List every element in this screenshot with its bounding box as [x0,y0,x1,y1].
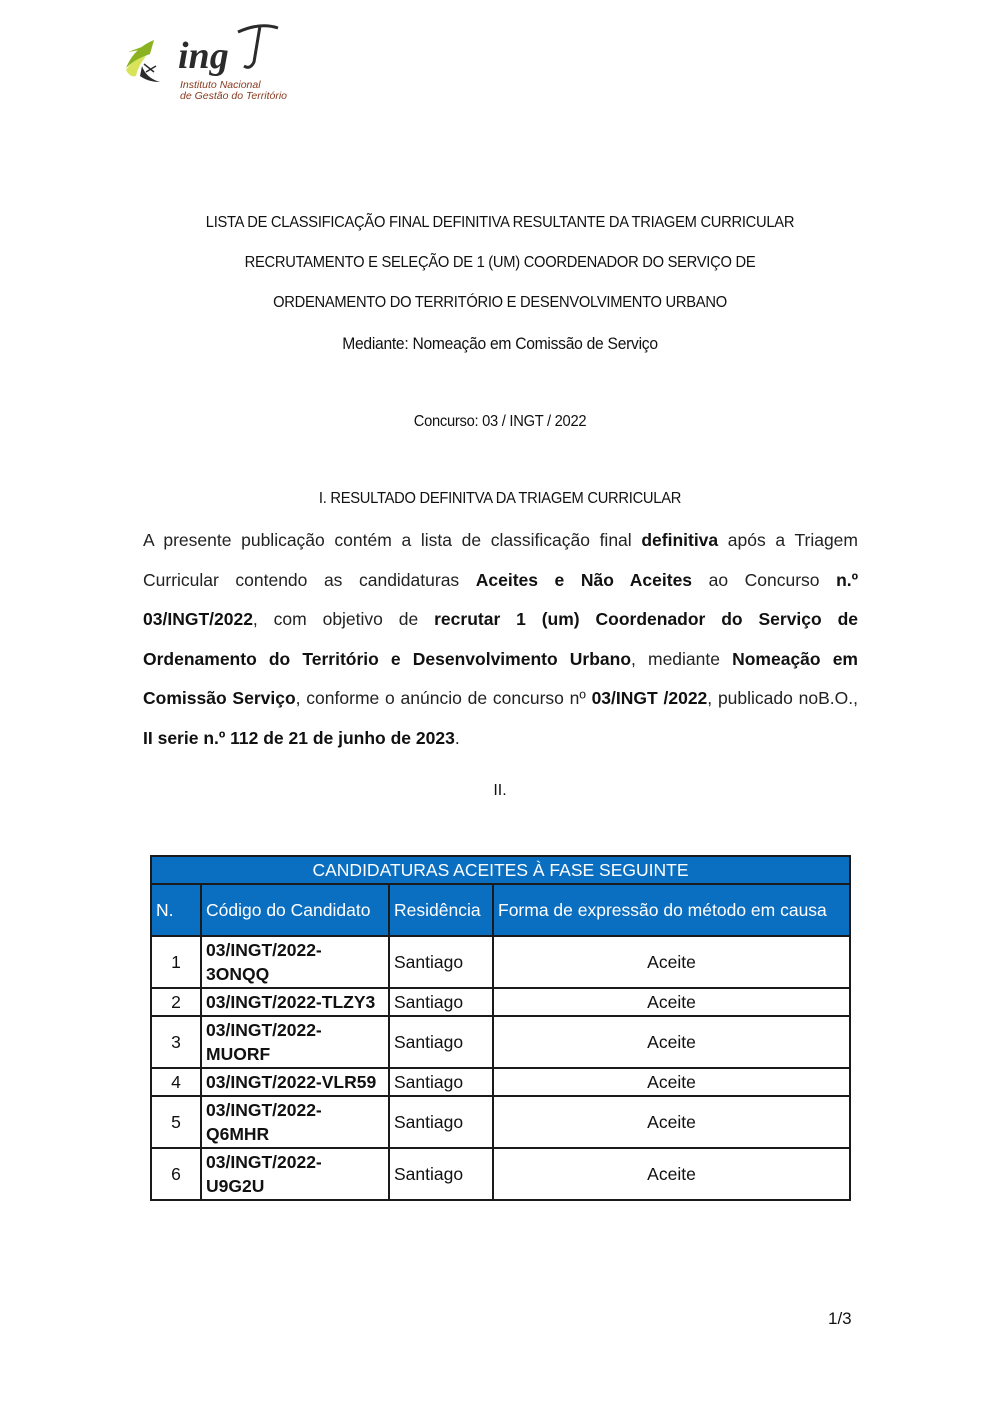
table-row: 403/INGT/2022-VLR59SantiagoAceite [151,1068,850,1096]
text: , conforme o anúncio de concurso nº [296,688,592,708]
column-header-number: N. [151,884,201,936]
row-number: 4 [151,1068,201,1096]
residence: Santiago [389,1016,493,1068]
result: Aceite [493,936,850,988]
svg-text:ing: ing [178,35,229,77]
concurso-number: Concurso: 03 / INGT / 2022 [40,413,960,431]
text: , mediante [631,649,732,669]
table-row: 103/INGT/2022-3ONQQSantiagoAceite [151,936,850,988]
text: ao Concurso [692,570,836,590]
bold-text: II serie n.º 112 de 21 de junho de 2023 [143,728,455,748]
text: , com objetivo de [253,609,434,629]
logo-text: Instituto Nacional de Gestão do Territór… [180,80,287,102]
table-row: 603/INGT/2022-U9G2USantiagoAceite [151,1148,850,1200]
row-number: 3 [151,1016,201,1068]
row-number: 2 [151,988,201,1016]
text: A presente publicação contém a lista de … [143,530,641,550]
title-line-1: LISTA DE CLASSIFICAÇÃO FINAL DEFINITIVA … [40,214,960,232]
title-line-3: ORDENAMENTO DO TERRITÓRIO E DESENVOLVIME… [40,294,960,312]
table-row: 503/INGT/2022-Q6MHRSantiagoAceite [151,1096,850,1148]
title-line-2: RECRUTAMENTO E SELEÇÃO DE 1 (UM) COORDEN… [40,254,960,272]
column-header-code: Código do Candidato [201,884,389,936]
bold-text: Aceites e Não Aceites [476,570,692,590]
row-number: 5 [151,1096,201,1148]
result: Aceite [493,1148,850,1200]
candidate-code: 03/INGT/2022-3ONQQ [201,936,389,988]
bold-text: definitiva [641,530,718,550]
residence: Santiago [389,1068,493,1096]
result: Aceite [493,988,850,1016]
row-number: 1 [151,936,201,988]
table-row: 303/INGT/2022-MUORFSantiagoAceite [151,1016,850,1068]
candidate-code: 03/INGT/2022-U9G2U [201,1148,389,1200]
accepted-candidates-table: CANDIDATURAS ACEITES À FASE SEGUINTE N. … [150,855,851,1201]
bold-text: 03/INGT /2022 [592,688,708,708]
candidate-code: 03/INGT/2022-TLZY3 [201,988,389,1016]
section-1-paragraph: A presente publicação contém a lista de … [143,521,858,758]
result: Aceite [493,1016,850,1068]
residence: Santiago [389,1096,493,1148]
table-caption: CANDIDATURAS ACEITES À FASE SEGUINTE [151,856,850,884]
title-line-4: Mediante: Nomeação em Comissão de Serviç… [40,334,960,354]
text: , publicado noB.O., [707,688,858,708]
section-1-title: I. RESULTADO DEFINITVA DA TRIAGEM CURRIC… [40,490,960,508]
section-2-title: II. [0,782,1000,800]
table-row: 203/INGT/2022-TLZY3SantiagoAceite [151,988,850,1016]
result: Aceite [493,1096,850,1148]
residence: Santiago [389,936,493,988]
column-header-method: Forma de expressão do método em causa [493,884,850,936]
result: Aceite [493,1068,850,1096]
row-number: 6 [151,1148,201,1200]
logo-line-2: de Gestão do Território [180,91,287,102]
candidate-code: 03/INGT/2022-Q6MHR [201,1096,389,1148]
candidate-code: 03/INGT/2022-MUORF [201,1016,389,1068]
residence: Santiago [389,988,493,1016]
residence: Santiago [389,1148,493,1200]
ingt-logo: ing Instituto Nacional de Gestão do Terr… [120,22,330,107]
candidate-code: 03/INGT/2022-VLR59 [201,1068,389,1096]
column-header-residence: Residência [389,884,493,936]
page-number: 1/3 [828,1309,852,1329]
text: . [455,728,460,748]
